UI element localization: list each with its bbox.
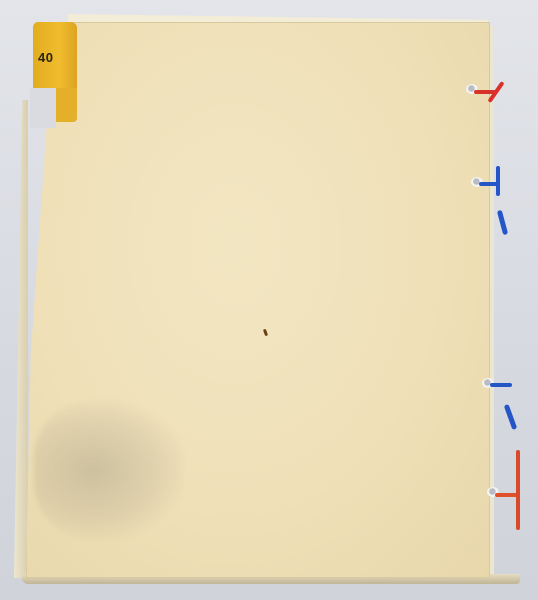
stain-mark	[34, 400, 184, 540]
tab-number-label: 40	[38, 50, 53, 65]
blue-tie	[490, 383, 512, 387]
tab-lower-strip	[56, 88, 77, 122]
tab-notch	[30, 88, 56, 128]
blue-tie-end	[496, 166, 500, 196]
orange-tie-end	[516, 450, 520, 530]
